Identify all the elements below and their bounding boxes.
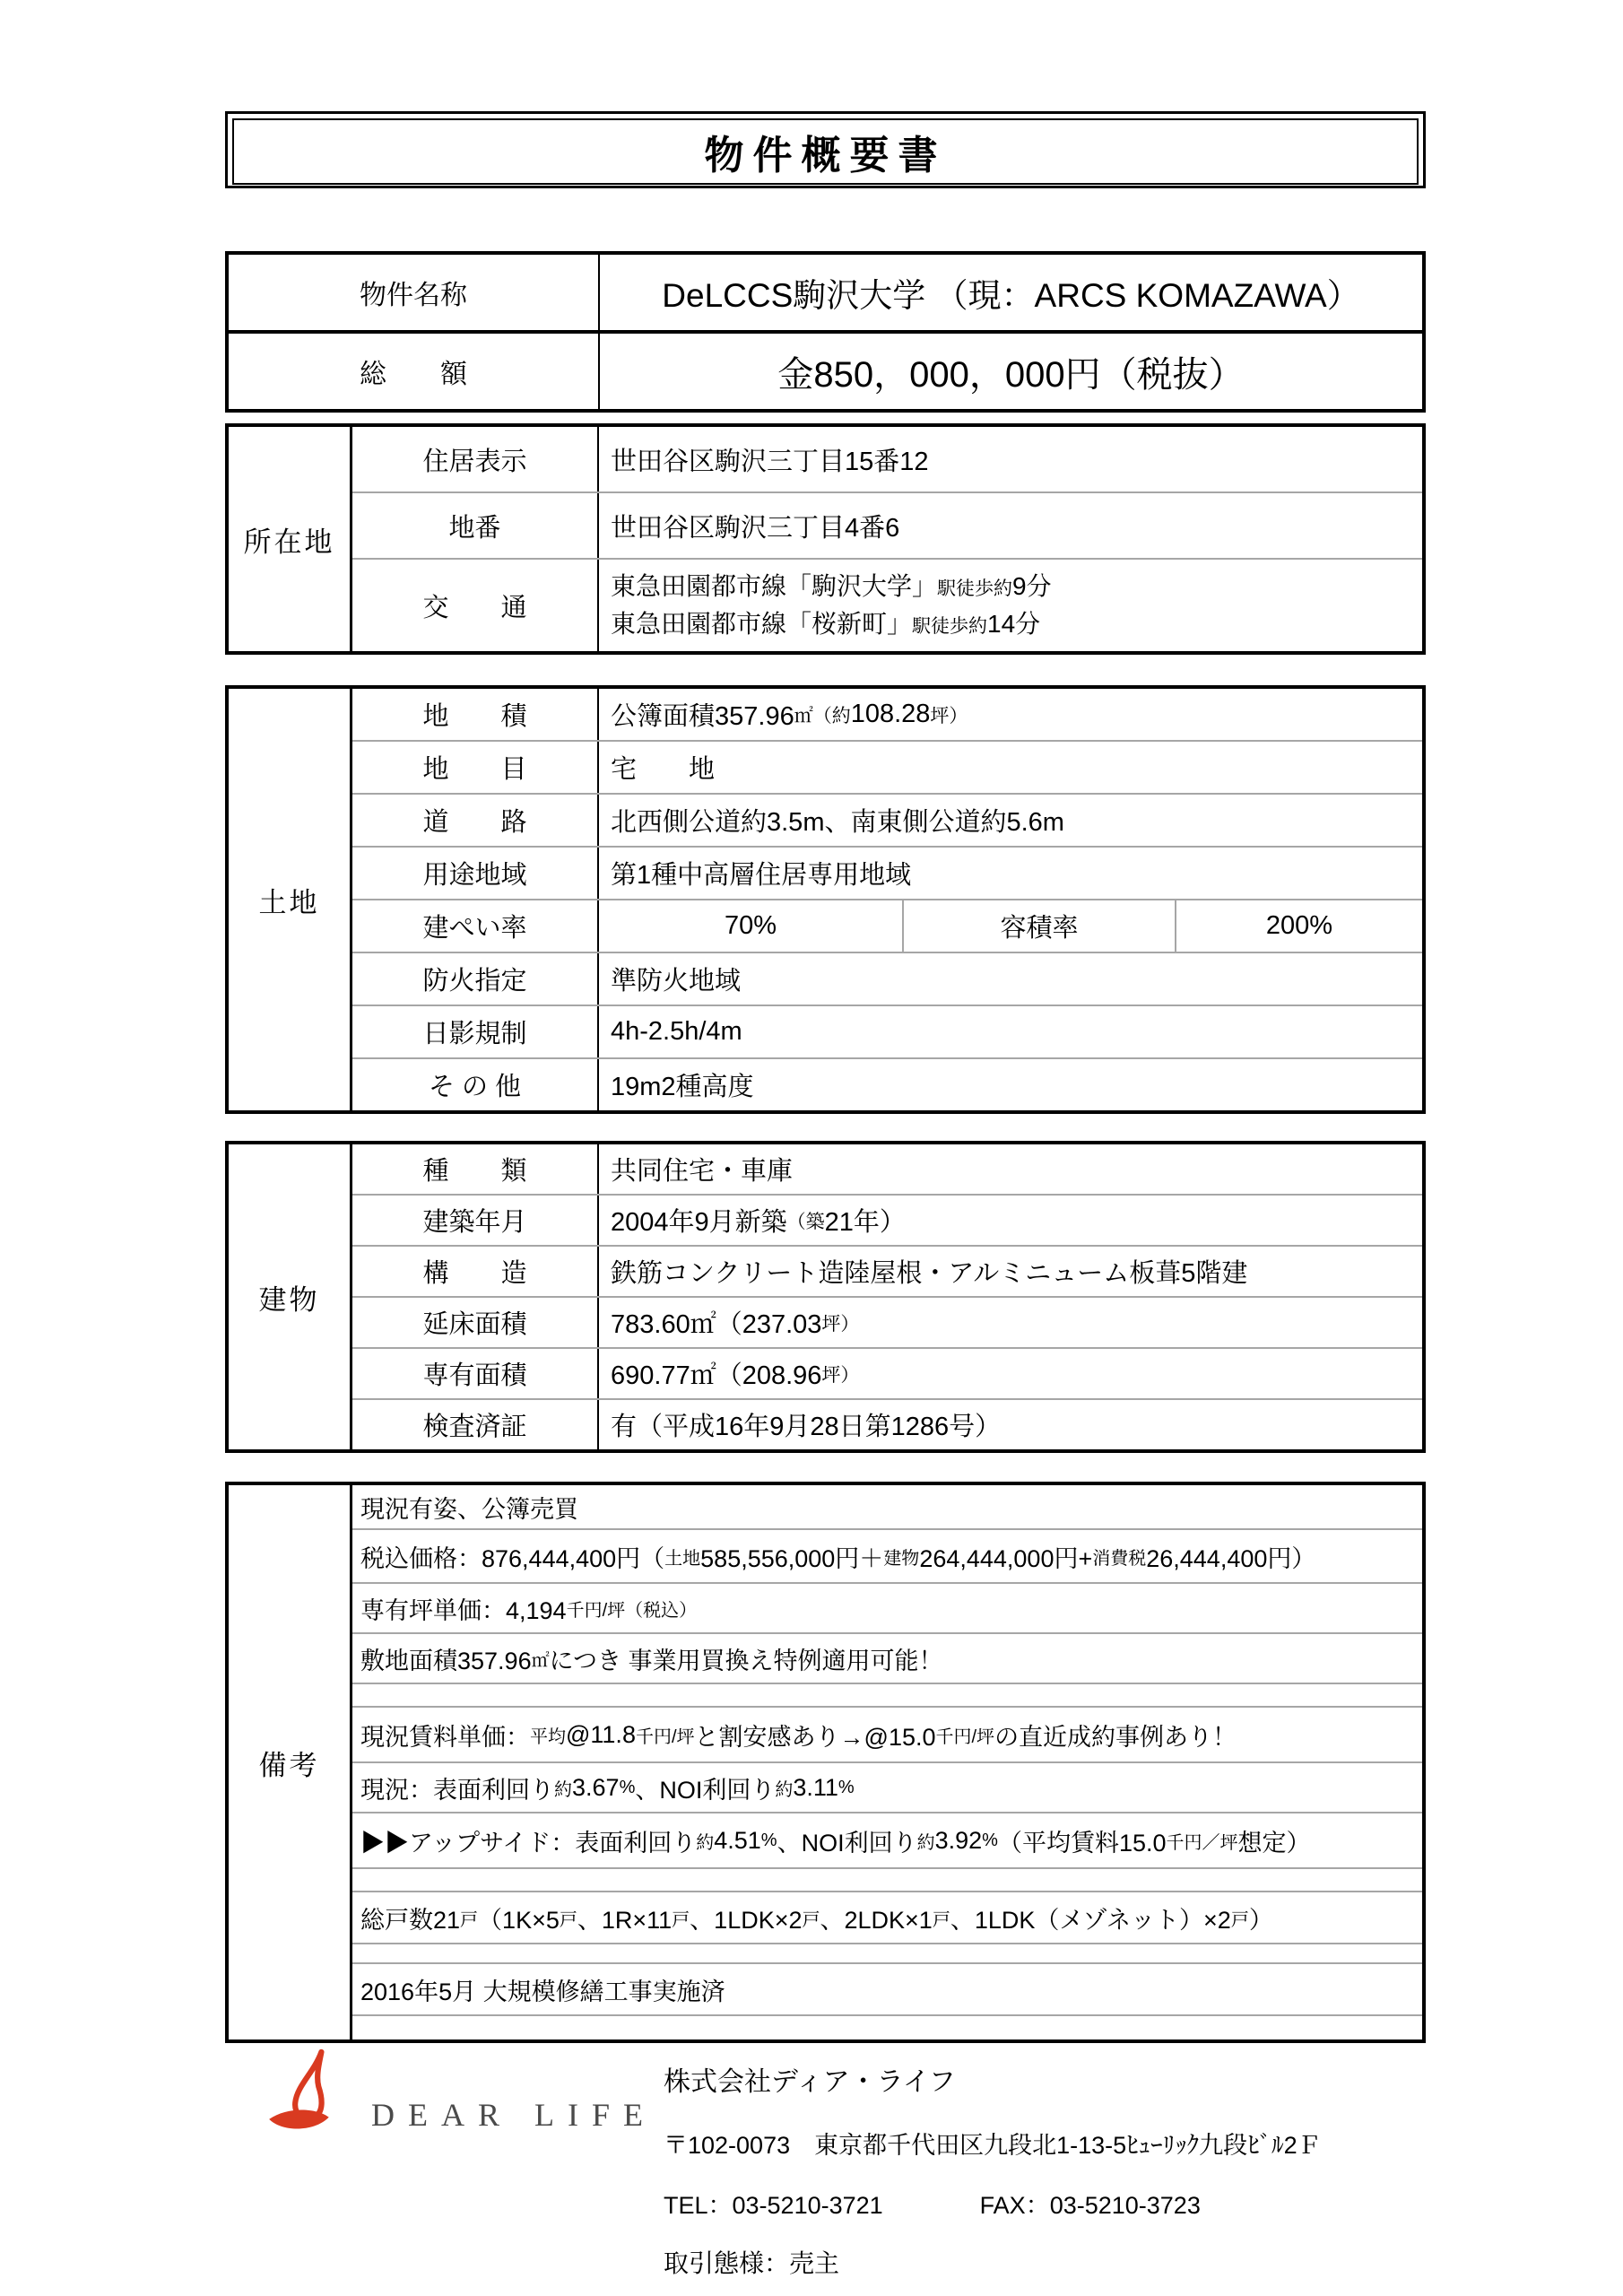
coverage-ratio-row: 建ぺい率 70% 容積率 200%: [352, 899, 1422, 952]
agency-type: 取引態様：売主: [664, 2244, 1322, 2280]
road-value: 北西側公道約3.5m、南東側公道約5.6m: [599, 795, 1422, 846]
transit-line-1: 東急田園都市線「駒沢大学」駅徒歩約9分: [611, 568, 1052, 605]
land-other-label: そ の 他: [352, 1059, 599, 1110]
coverage-ratio-value: 70%: [599, 900, 902, 952]
built-date-row: 建築年月 2004年9月新築（築 21年）: [352, 1194, 1422, 1245]
transit-line-2: 東急田園都市線「桜新町」駅徒歩約14分: [611, 605, 1040, 643]
company-footer: DEAR LIFE: [265, 2047, 656, 2152]
zoning-label: 用途地域: [352, 848, 599, 899]
building-type-row: 種 類 共同住宅・車庫: [352, 1144, 1422, 1194]
building-group-label: 建物: [229, 1144, 352, 1449]
fire-prevention-value: 準防火地域: [599, 953, 1422, 1004]
land-other-row: そ の 他 19m2種高度: [352, 1057, 1422, 1110]
shadow-regulation-label: 日影規制: [352, 1006, 599, 1057]
note-current-rent: 現況賃料単価：平均@11.8千円/坪と割安感あり→@15.0千円/坪の直近成約事…: [352, 1706, 1422, 1761]
property-name-label: 物件名称: [229, 255, 600, 330]
transit-value: 東急田園都市線「駒沢大学」駅徒歩約9分 東急田園都市線「桜新町」駅徒歩約14分: [599, 560, 1422, 651]
note-unit-price: 専有坪単価：4,194千円/坪（税込）: [352, 1582, 1422, 1632]
built-date-value: 2004年9月新築（築 21年）: [599, 1196, 1422, 1245]
floor-area-ratio-value: 200%: [1176, 900, 1422, 952]
exclusive-area-value: 690.77㎡（208.96坪）: [599, 1349, 1422, 1398]
note-renovation: 2016年5月 大規模修繕工事実施済: [352, 1962, 1422, 2014]
note-spacer: [352, 1867, 1422, 1891]
land-area-label: 地 積: [352, 689, 599, 740]
notes-group-label: 備考: [229, 1485, 352, 2039]
location-group-label: 所在地: [229, 427, 352, 651]
zoning-value: 第1種中高層住居専用地域: [599, 848, 1422, 899]
note-upside-yield: ▶▶アップサイド：表面利回り 約 4.51%、NOI利回り 約 3.92%（平均…: [352, 1812, 1422, 1867]
note-special-exception: 敷地面積357.96㎡につき 事業用買換え特例適用可能！: [352, 1632, 1422, 1683]
company-contact: TEL：03-5210-3721 FAX：03-5210-3723: [664, 2186, 1322, 2221]
gross-floor-area-row: 延床面積 783.60㎡（237.03坪）: [352, 1296, 1422, 1347]
note-spacer: [352, 2014, 1422, 2039]
company-address: 〒102-0073 東京都千代田区九段北1-13-5ﾋｭｰﾘｯｸ九段ﾋﾞﾙ2Ｆ: [664, 2126, 1322, 2161]
company-logo: DEAR LIFE: [265, 2047, 656, 2152]
building-table: 建物 種 類 共同住宅・車庫 建築年月 2004年9月新築（築 21年） 構 造…: [225, 1141, 1426, 1453]
document-title-box: 物件概要書: [225, 111, 1426, 188]
road-label: 道 路: [352, 795, 599, 846]
land-other-value: 19m2種高度: [599, 1059, 1422, 1110]
exclusive-area-label: 専有面積: [352, 1349, 599, 1398]
floor-area-ratio-label: 容積率: [902, 900, 1176, 952]
transit-label: 交 通: [352, 560, 599, 651]
note-current-condition: 現況有姿、公簿売買: [352, 1485, 1422, 1528]
location-rows: 住居表示 世田谷区駒沢三丁目15番12 地番 世田谷区駒沢三丁目4番6 交 通 …: [352, 427, 1422, 651]
building-type-label: 種 類: [352, 1144, 599, 1194]
address-display-label: 住居表示: [352, 427, 599, 491]
land-table: 土地 地 積 公簿面積357.96㎡（約108.28坪） 地 目 宅 地 道 路…: [225, 685, 1426, 1114]
lot-number-value: 世田谷区駒沢三丁目4番6: [599, 493, 1422, 558]
location-table: 所在地 住居表示 世田谷区駒沢三丁目15番12 地番 世田谷区駒沢三丁目4番6 …: [225, 423, 1426, 655]
address-display-value: 世田谷区駒沢三丁目15番12: [599, 427, 1422, 491]
total-price-label: 総 額: [229, 334, 600, 409]
company-info: 株式会社ディア・ライフ 〒102-0073 東京都千代田区九段北1-13-5ﾋｭ…: [664, 2059, 1322, 2280]
shadow-regulation-value: 4h-2.5h/4m: [599, 1006, 1422, 1057]
dear-life-flame-icon: [265, 2047, 359, 2152]
building-type-value: 共同住宅・車庫: [599, 1144, 1422, 1194]
summary-table: 物件名称 DeLCCS駒沢大学 （現：ARCS KOMAZAWA） 総 額 金8…: [225, 251, 1426, 413]
property-overview-document: 物件概要書 物件名称 DeLCCS駒沢大学 （現：ARCS KOMAZAWA） …: [0, 0, 1623, 2296]
structure-label: 構 造: [352, 1247, 599, 1296]
property-name-value: DeLCCS駒沢大学 （現：ARCS KOMAZAWA）: [600, 255, 1422, 330]
note-current-yield: 現況：表面利回り 約 3.67%、NOI利回り 約 3.11%: [352, 1761, 1422, 1812]
note-spacer: [352, 1943, 1422, 1962]
fire-prevention-label: 防火指定: [352, 953, 599, 1004]
land-rows: 地 積 公簿面積357.96㎡（約108.28坪） 地 目 宅 地 道 路 北西…: [352, 689, 1422, 1110]
exclusive-area-row: 専有面積 690.77㎡（208.96坪）: [352, 1347, 1422, 1398]
page-title: 物件概要書: [232, 118, 1419, 185]
transit-row: 交 通 東急田園都市線「駒沢大学」駅徒歩約9分 東急田園都市線「桜新町」駅徒歩約…: [352, 558, 1422, 651]
inspection-certificate-row: 検査済証 有（平成16年9月28日第1286号）: [352, 1398, 1422, 1449]
coverage-ratio-cells: 70% 容積率 200%: [599, 900, 1422, 952]
land-category-label: 地 目: [352, 742, 599, 793]
land-area-value: 公簿面積357.96㎡（約108.28坪）: [599, 689, 1422, 740]
company-fax: FAX：03-5210-3723: [980, 2186, 1201, 2221]
address-display-row: 住居表示 世田谷区駒沢三丁目15番12: [352, 427, 1422, 491]
total-price-row: 総 額 金850，000，000円（税抜）: [229, 330, 1422, 409]
structure-row: 構 造 鉄筋コンクリート造陸屋根・アルミニューム板葺5階建: [352, 1245, 1422, 1296]
company-tel: TEL：03-5210-3721: [664, 2186, 883, 2221]
lot-number-label: 地番: [352, 493, 599, 558]
land-area-row: 地 積 公簿面積357.96㎡（約108.28坪）: [352, 689, 1422, 740]
logo-wordmark: DEAR LIFE: [371, 2096, 656, 2134]
note-total-units: 総戸数21戸 （1K×5戸、1R×11戸、1LDK×2戸、2LDK×1戸、1LD…: [352, 1891, 1422, 1943]
company-name: 株式会社ディア・ライフ: [664, 2059, 1322, 2099]
building-rows: 種 類 共同住宅・車庫 建築年月 2004年9月新築（築 21年） 構 造 鉄筋…: [352, 1144, 1422, 1449]
land-category-row: 地 目 宅 地: [352, 740, 1422, 793]
road-row: 道 路 北西側公道約3.5m、南東側公道約5.6m: [352, 793, 1422, 846]
gross-floor-area-label: 延床面積: [352, 1298, 599, 1347]
coverage-ratio-label: 建ぺい率: [352, 900, 599, 952]
zoning-row: 用途地域 第1種中高層住居専用地域: [352, 846, 1422, 899]
notes-table: 備考 現況有姿、公簿売買 税込価格：876,444,400円（土地585,556…: [225, 1482, 1426, 2043]
note-spacer: [352, 1683, 1422, 1706]
shadow-regulation-row: 日影規制 4h-2.5h/4m: [352, 1004, 1422, 1057]
gross-floor-area-value: 783.60㎡（237.03坪）: [599, 1298, 1422, 1347]
land-category-value: 宅 地: [599, 742, 1422, 793]
fire-prevention-row: 防火指定 準防火地域: [352, 952, 1422, 1004]
structure-value: 鉄筋コンクリート造陸屋根・アルミニューム板葺5階建: [599, 1247, 1422, 1296]
inspection-certificate-label: 検査済証: [352, 1400, 599, 1449]
lot-number-row: 地番 世田谷区駒沢三丁目4番6: [352, 491, 1422, 558]
total-price-value: 金850，000，000円（税抜）: [600, 334, 1422, 409]
inspection-certificate-value: 有（平成16年9月28日第1286号）: [599, 1400, 1422, 1449]
land-group-label: 土地: [229, 689, 352, 1110]
note-tax-included-price: 税込価格：876,444,400円（土地585,556,000円＋建物264,4…: [352, 1528, 1422, 1582]
notes-rows: 現況有姿、公簿売買 税込価格：876,444,400円（土地585,556,00…: [352, 1485, 1422, 2039]
built-date-label: 建築年月: [352, 1196, 599, 1245]
property-name-row: 物件名称 DeLCCS駒沢大学 （現：ARCS KOMAZAWA）: [229, 255, 1422, 330]
